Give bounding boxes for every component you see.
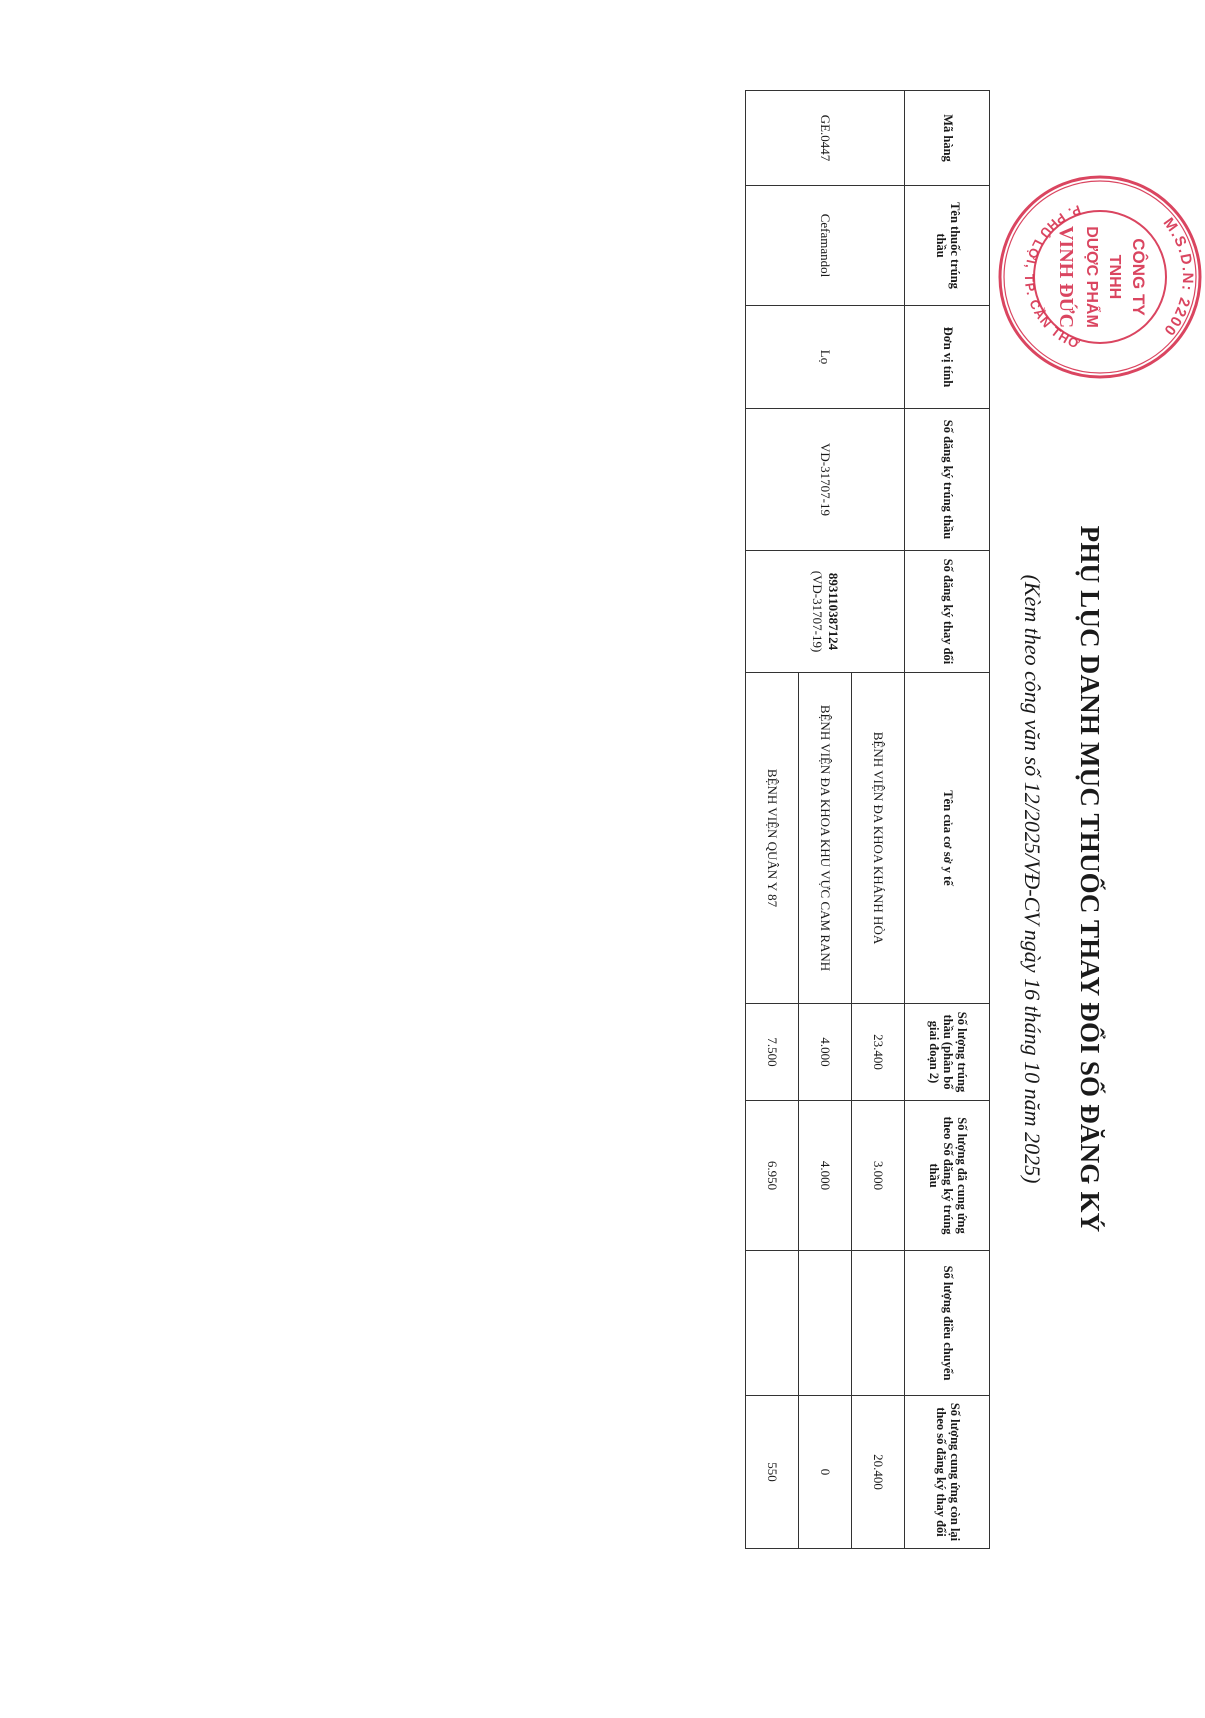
table-header-row: Mã hàng Tên thuốc trúng thầu Đơn vị tính… xyxy=(905,91,990,1549)
document-page: PHỤ LỤC DANH MỤC THUỐC THAY ĐỔI SỐ ĐĂNG … xyxy=(0,0,1205,1718)
cell-so-luong-con-lai: 550 xyxy=(746,1396,799,1549)
cell-ten-thuoc: Cefamandol xyxy=(746,186,905,306)
header-sdk-trung-thau: Số đăng ký trúng thầu xyxy=(905,409,990,551)
cell-sdk-thay-doi: 893110387124 (VD-31707-19) xyxy=(746,551,905,673)
drug-change-table: Mã hàng Tên thuốc trúng thầu Đơn vị tính… xyxy=(745,90,990,1549)
header-so-luong-trung-thau: Số lượng trúng thầu (phân bổ giai đoạn 2… xyxy=(905,1004,990,1101)
cell-so-luong-trung-thau: 7.500 xyxy=(746,1004,799,1101)
cell-co-so-y-te: BỆNH VIỆN ĐA KHOA KHÁNH HÒA xyxy=(852,673,905,1004)
cell-so-luong-dieu-chuyen xyxy=(852,1251,905,1396)
stamp-outer-top: M.S.D.N: 2200 xyxy=(1160,215,1197,340)
cell-so-luong-dieu-chuyen xyxy=(799,1251,852,1396)
header-sdk-thay-doi: Số đăng ký thay đổi xyxy=(905,551,990,673)
cell-so-luong-trung-thau: 4.000 xyxy=(799,1004,852,1101)
document-subtitle: (Kèm theo công văn số 12/2025/VĐ-CV ngày… xyxy=(1019,0,1045,1718)
stamp-line1: CÔNG TY xyxy=(1129,238,1148,316)
cell-co-so-y-te: BỆNH VIỆN ĐA KHOA KHU VỰC CAM RANH xyxy=(799,673,852,1004)
header-so-luong-con-lai: Số lượng cung ứng còn lại theo số đăng k… xyxy=(905,1396,990,1549)
cell-ma-hang: GE.0447 xyxy=(746,91,905,186)
cell-so-luong-con-lai: 20.400 xyxy=(852,1396,905,1549)
cell-co-so-y-te: BỆNH VIỆN QUÂN Y 87 xyxy=(746,673,799,1004)
header-don-vi-tinh: Đơn vị tính xyxy=(905,306,990,409)
header-ten-thuoc: Tên thuốc trúng thầu xyxy=(905,186,990,306)
stamp-line2: TNHH xyxy=(1106,255,1123,299)
cell-so-luong-dieu-chuyen xyxy=(746,1251,799,1396)
header-so-luong-da-cung-ung: Số lượng đã cung ứng theo Số đăng ký trú… xyxy=(905,1101,990,1251)
header-ma-hang: Mã hàng xyxy=(905,91,990,186)
cell-so-luong-trung-thau: 23.400 xyxy=(852,1004,905,1101)
cell-don-vi-tinh: Lọ xyxy=(746,306,905,409)
cell-sdk-trung-thau: VD-31707-19 xyxy=(746,409,905,551)
sdk-thay-doi-new: 893110387124 xyxy=(825,555,841,668)
cell-so-luong-con-lai: 0 xyxy=(799,1396,852,1549)
svg-text:M.S.D.N: 2200: M.S.D.N: 2200 xyxy=(1160,215,1197,340)
cell-so-luong-da-cung-ung: 3.000 xyxy=(852,1101,905,1251)
cell-so-luong-da-cung-ung: 4.000 xyxy=(799,1101,852,1251)
table-row: GE.0447 Cefamandol Lọ VD-31707-19 893110… xyxy=(852,91,905,1549)
cell-so-luong-da-cung-ung: 6.950 xyxy=(746,1101,799,1251)
sdk-thay-doi-old: (VD-31707-19) xyxy=(809,555,825,668)
header-co-so-y-te: Tên của cơ sở y tế xyxy=(905,673,990,1004)
header-so-luong-dieu-chuyen: Số lượng điều chuyển xyxy=(905,1251,990,1396)
document-title: PHỤ LỤC DANH MỤC THUỐC THAY ĐỔI SỐ ĐĂNG … xyxy=(1074,0,1105,1718)
